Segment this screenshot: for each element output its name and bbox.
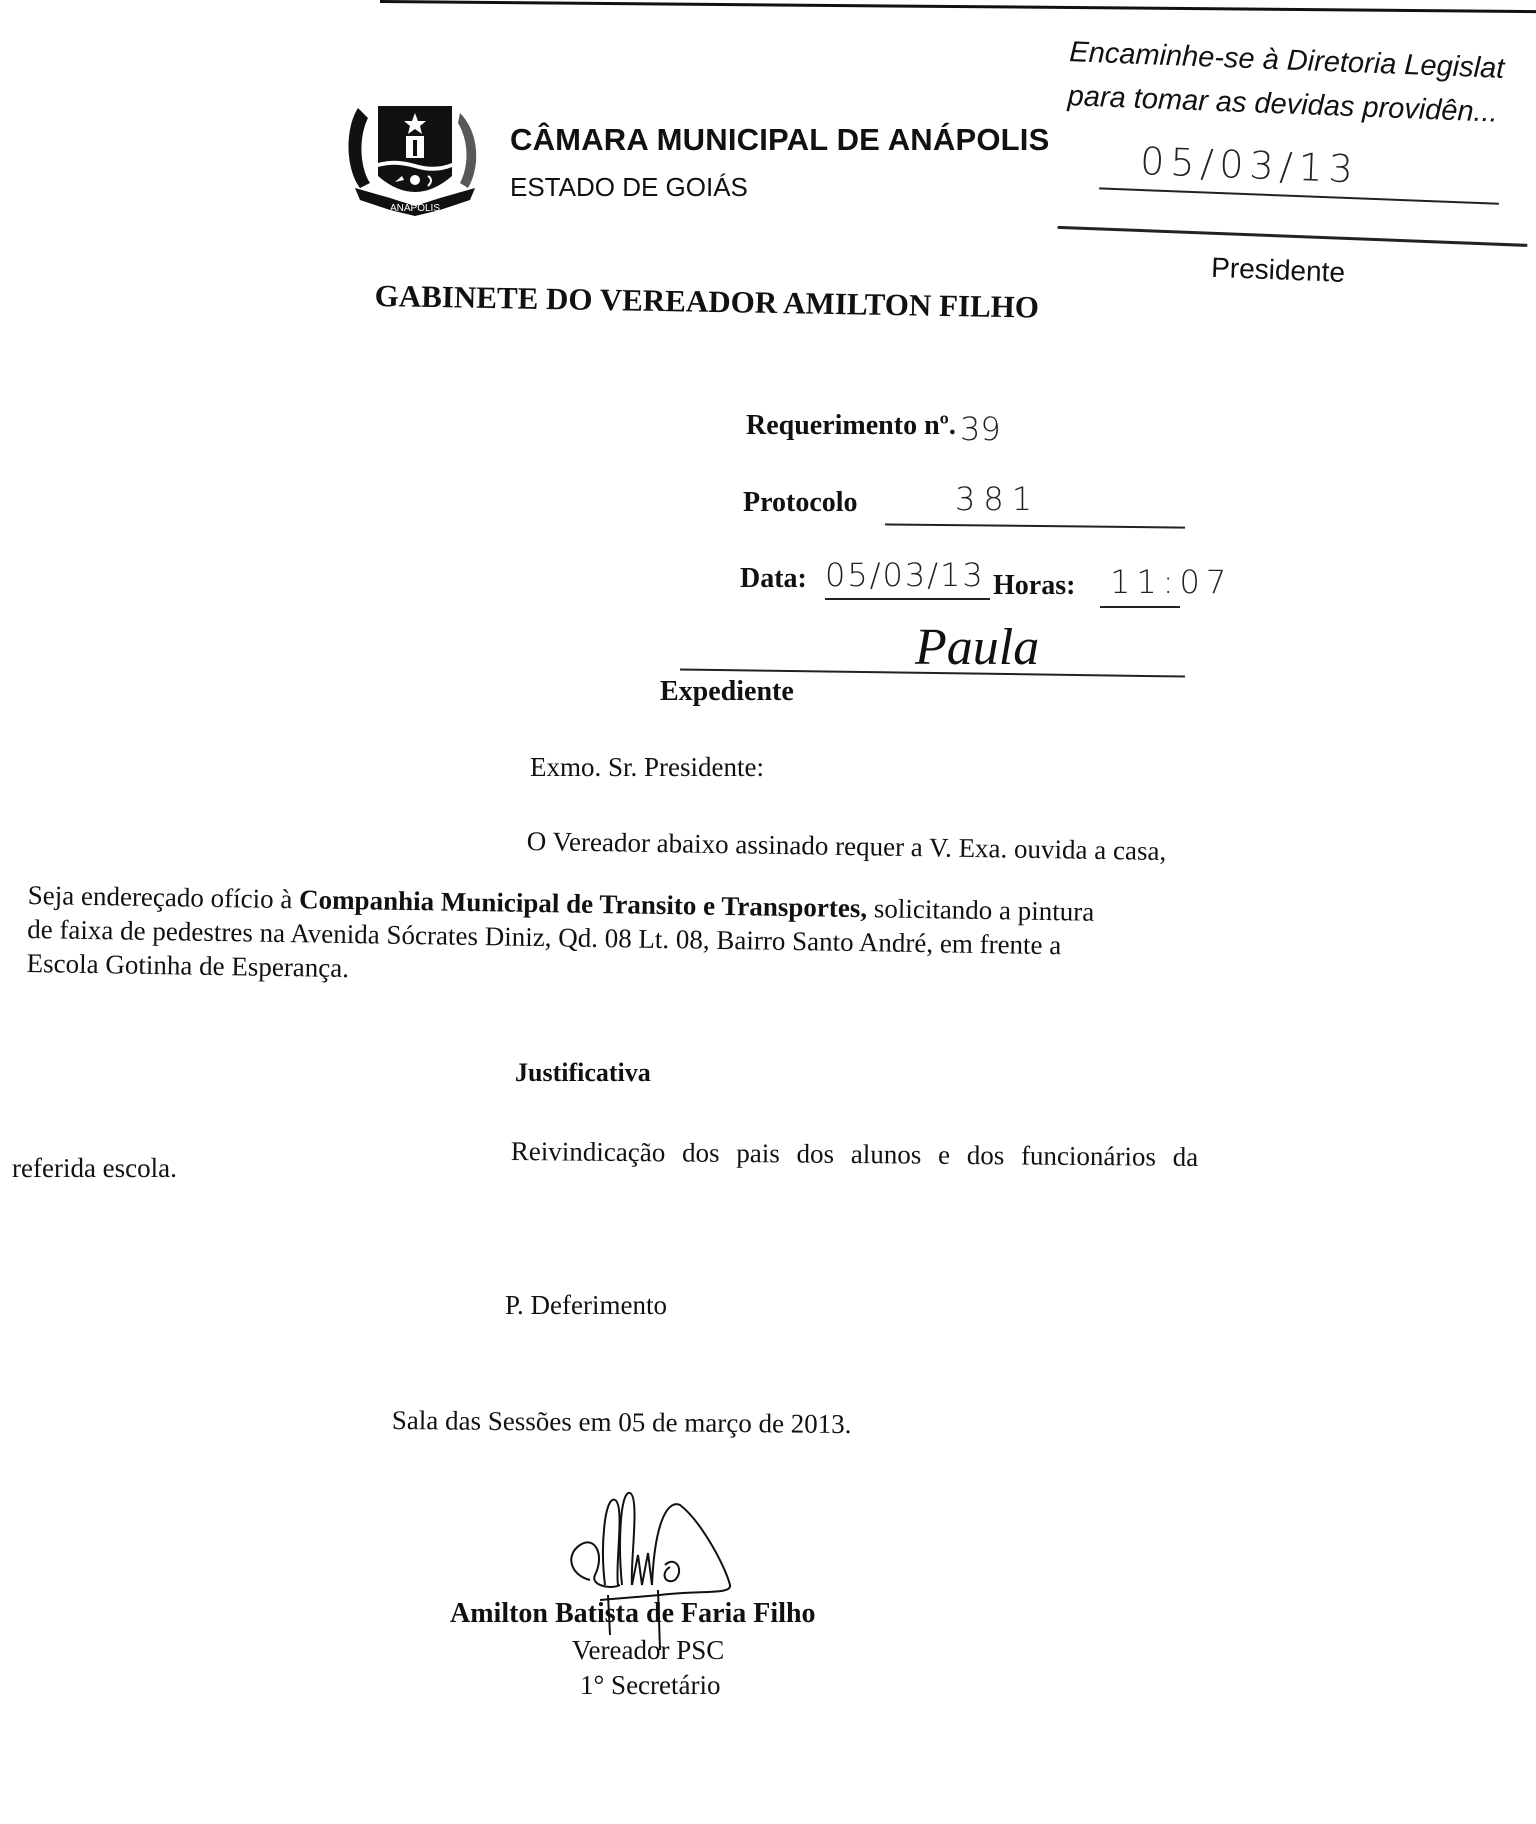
office-title: GABINETE DO VEREADOR AMILTON FILHO (374, 278, 1039, 326)
signer-title: 1° Secretário (580, 1670, 720, 1701)
stamp-date-line (1099, 187, 1499, 204)
coat-of-arms-icon: ANÁPOLIS (340, 88, 490, 228)
justification-continuation: referida escola. (12, 1153, 177, 1184)
requerimento-number: 39 (960, 410, 1001, 448)
justification-title: Justificativa (515, 1058, 651, 1088)
closing: P. Deferimento (505, 1290, 667, 1321)
signer-role: Vereador PSC (572, 1635, 724, 1666)
institution-state: ESTADO DE GOIÁS (510, 172, 748, 203)
forwarding-stamp: Encaminhe-se à Diretoria Legislat para t… (1055, 36, 1536, 324)
request-recipient: Companhia Municipal de Transito e Transp… (299, 884, 867, 923)
data-value: 05/03/13 (825, 556, 985, 594)
stamp-line-1: Encaminhe-se à Diretoria Legislat (1069, 36, 1505, 86)
justification-text: Reivindicação dos pais dos alunos e dos … (511, 1136, 1199, 1173)
horas-line (1100, 606, 1180, 608)
horas-label: Horas: (993, 570, 1075, 602)
protocolo-number: 381 (955, 480, 1040, 518)
expediente-signature: Paula (915, 618, 1039, 677)
stamp-president-label: Presidente (1211, 252, 1346, 289)
place-date: Sala das Sessões em 05 de março de 2013. (392, 1405, 852, 1440)
request-paragraph: Seja endereçado ofício à Companhia Munic… (28, 880, 1368, 901)
stamp-signature-line (1058, 226, 1528, 247)
request-prefix: Seja endereçado ofício à (28, 880, 300, 914)
protocolo-label: Protocolo (743, 487, 858, 519)
expediente-label: Expediente (660, 676, 794, 708)
request-suffix: solicitando a pintura (867, 893, 1095, 927)
stamp-handwritten-date: 05/03/13 (1139, 139, 1359, 191)
protocolo-line (885, 523, 1185, 528)
request-line-3: Escola Gotinha de Esperança. (26, 948, 349, 984)
salutation: Exmo. Sr. Presidente: (530, 752, 764, 783)
institution-name: CÂMARA MUNICIPAL DE ANÁPOLIS (510, 122, 1050, 158)
svg-text:ANÁPOLIS: ANÁPOLIS (390, 201, 440, 214)
horas-value: 11:07 (1110, 563, 1232, 601)
signer-name: Amilton Batista de Faria Filho (450, 1598, 816, 1630)
data-label: Data: (740, 563, 807, 595)
stamp-line-2: para tomar as devidas providên... (1067, 80, 1498, 129)
top-rule (380, 0, 1536, 13)
intro-text: O Vereador abaixo assinado requer a V. E… (527, 826, 1167, 867)
requerimento-label: Requerimento nº. (746, 410, 956, 442)
data-line (825, 598, 990, 600)
